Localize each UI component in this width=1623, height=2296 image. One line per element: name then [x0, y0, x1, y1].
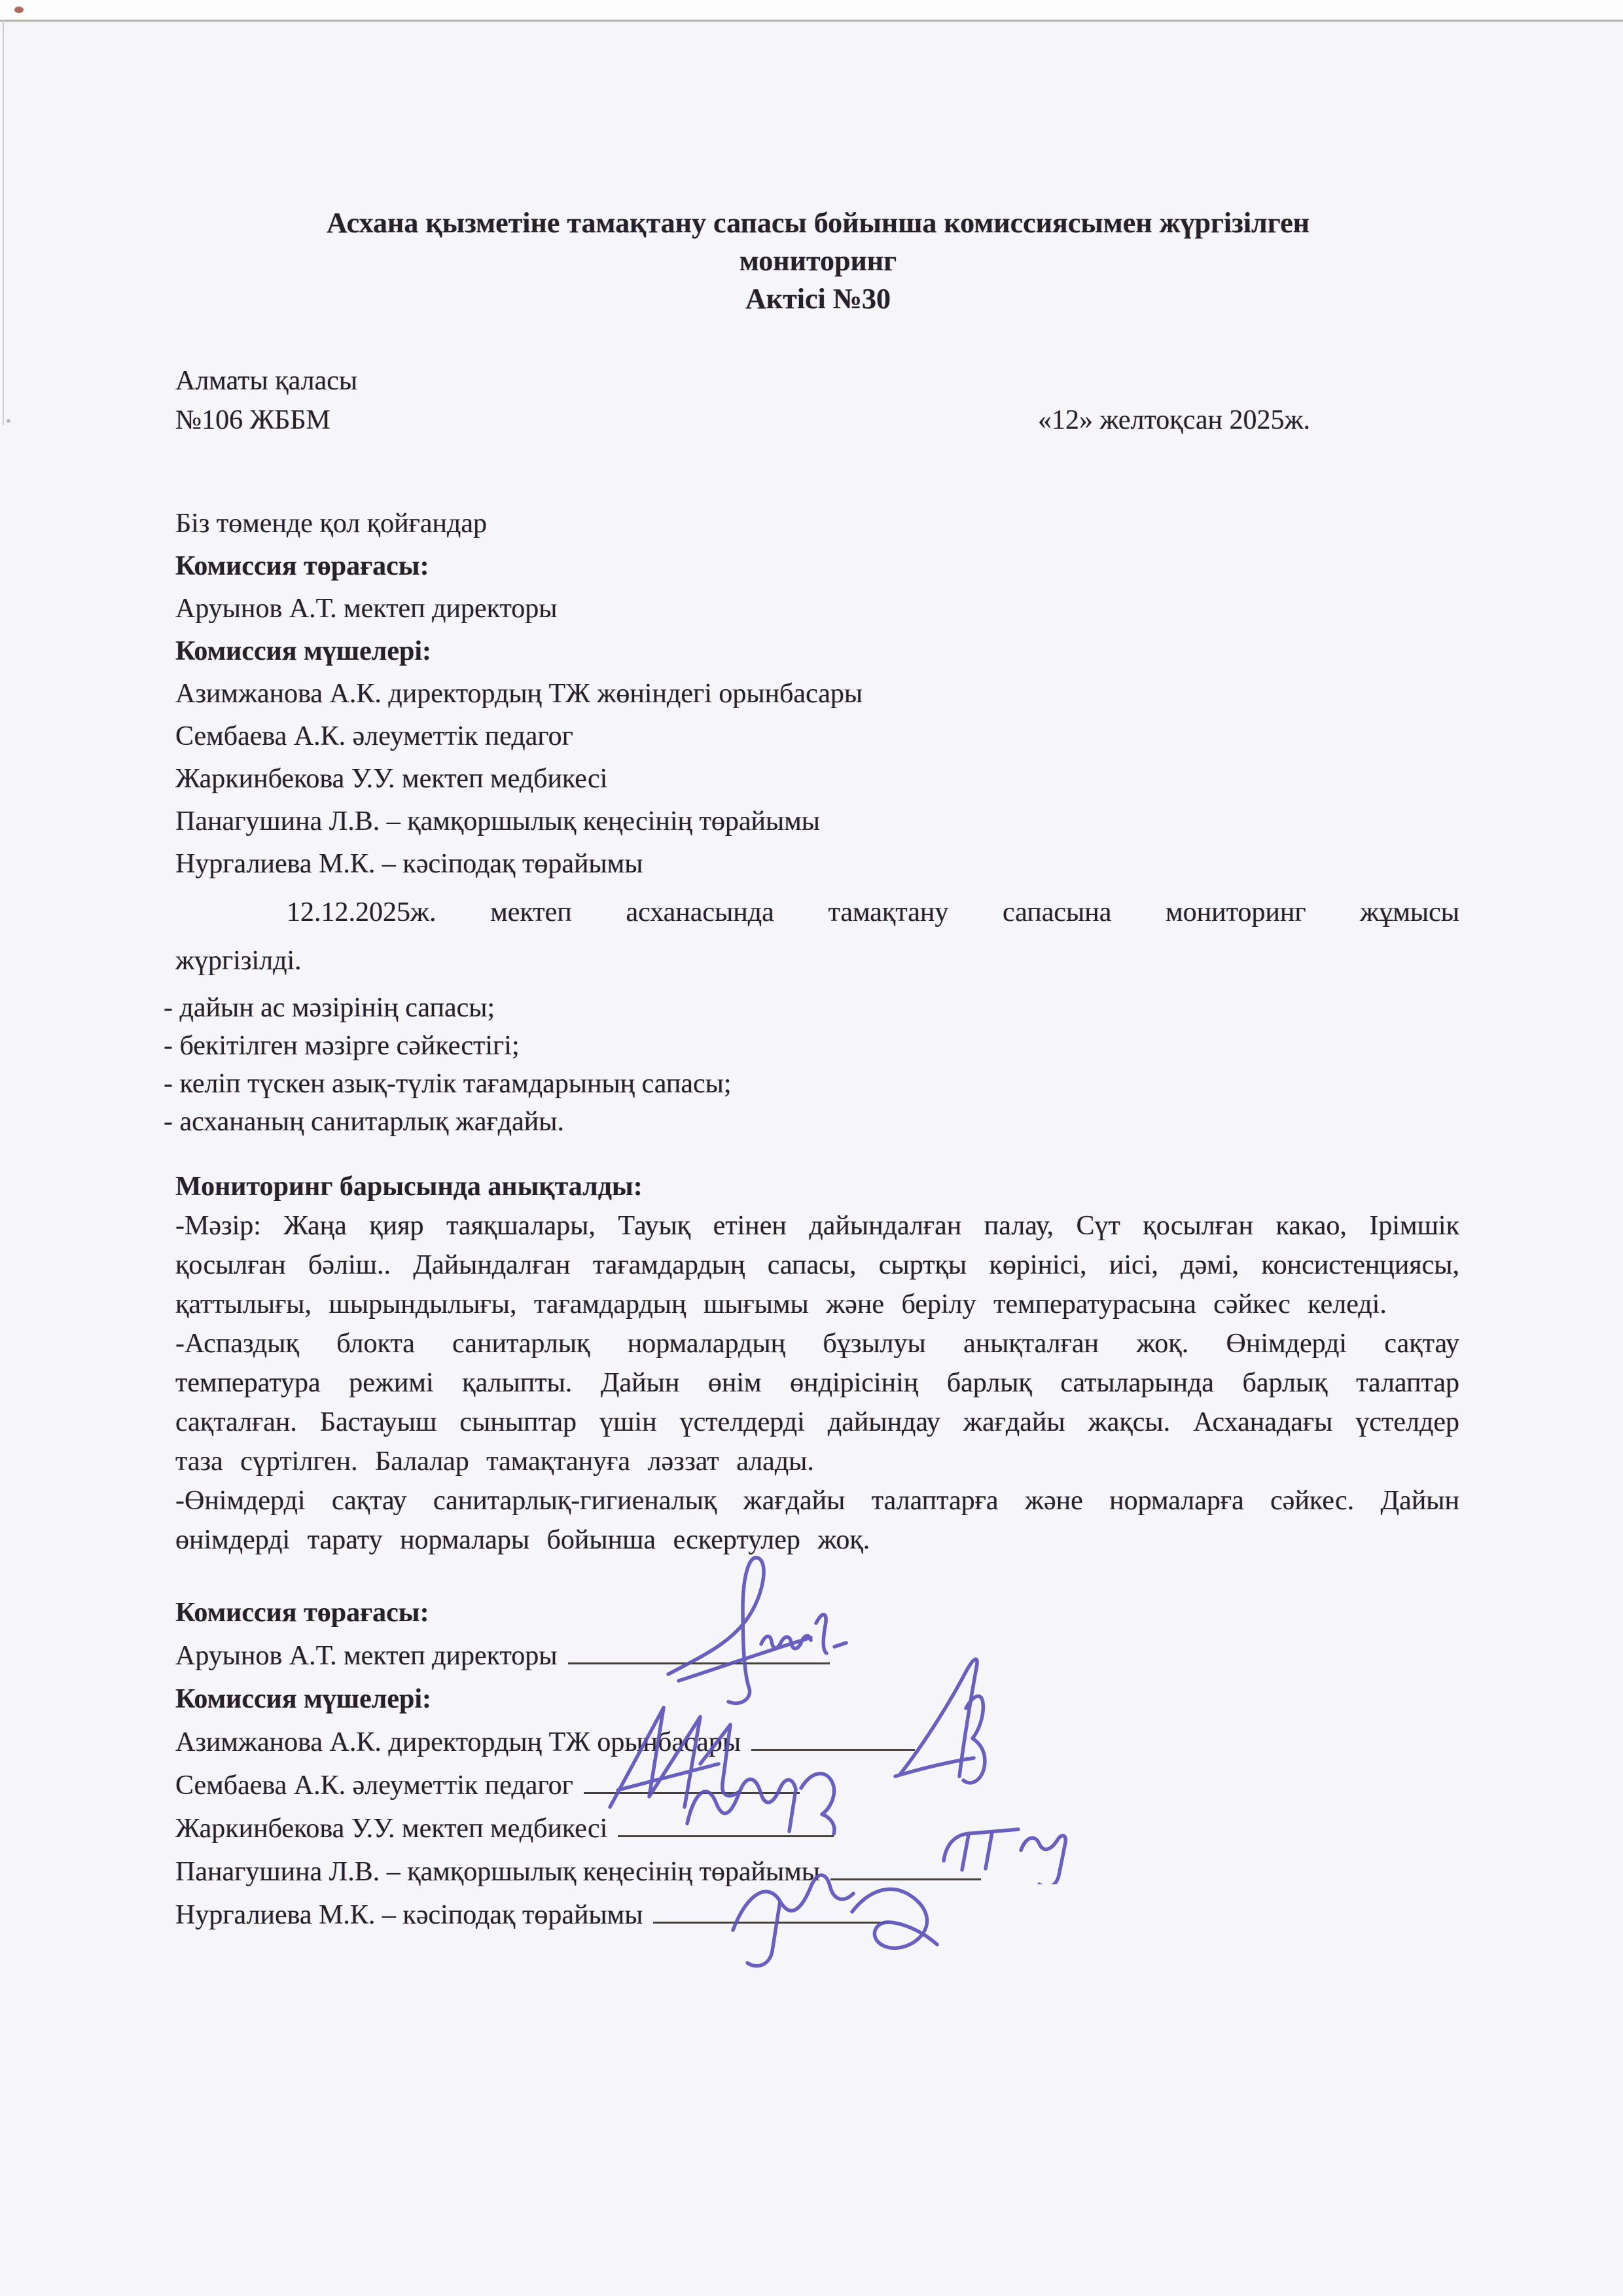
header-row: №106 ЖББМ «12» желтоқсан 2025ж. — [175, 401, 1466, 440]
checklist-item: - бекітілген мәзірге сәйкестігі; — [164, 1027, 1459, 1065]
checklist-item: - асхананың санитарлық жағдайы. — [164, 1103, 1459, 1141]
document-header: Алматы қаласы №106 ЖББМ «12» желтоқсан 2… — [175, 361, 1466, 440]
checklist: - дайын ас мәзірінің сапасы; - бекітілге… — [164, 989, 1459, 1141]
members-heading: Комиссия мүшелері: — [175, 630, 1466, 673]
title-line-3: Актісі №30 — [170, 280, 1466, 318]
chairman-heading: Комиссия төрағасы: — [175, 545, 1466, 588]
checklist-item: - дайын ас мәзірінің сапасы; — [164, 989, 1459, 1027]
header-school: №106 ЖББМ — [175, 401, 330, 440]
preamble: Біз төменде қол қойғандар — [175, 503, 1466, 545]
signature-row-chairman: Аруынов А.Т. мектеп директоры — [175, 1634, 1466, 1677]
findings-paragraph: -Өнімдерді сақтау санитарлық-гигиеналық … — [175, 1481, 1459, 1560]
header-city: Алматы қаласы — [175, 361, 1466, 401]
signature-label: Панагушина Л.В. – қамқоршылық кеңесінің … — [175, 1857, 820, 1887]
document-body: Асхана қызметіне тамақтану сапасы бойынш… — [0, 0, 1623, 1937]
intro-paragraph: 12.12.2025ж. мектеп асханасында тамақтан… — [175, 888, 1459, 985]
header-date: «12» желтоқсан 2025ж. — [1038, 401, 1310, 440]
signature-label: Жаркинбекова У.У. мектеп медбикесі — [175, 1814, 607, 1844]
signature-line — [618, 1829, 834, 1837]
signature-line — [830, 1872, 981, 1880]
signature-row-member: Панагушина Л.В. – қамқоршылық кеңесінің … — [175, 1850, 1466, 1893]
chairman-name: Аруынов А.Т. мектеп директоры — [175, 588, 1466, 630]
signature-row-member: Нургалиева М.К. – кәсіподақ төрайымы — [175, 1893, 1466, 1937]
signature-label: Нургалиева М.К. – кәсіподақ төрайымы — [175, 1900, 643, 1930]
scanned-document-page: Асхана қызметіне тамақтану сапасы бойынш… — [0, 0, 1623, 2296]
title-line-1: Асхана қызметіне тамақтану сапасы бойынш… — [170, 204, 1466, 242]
member-name: Нургалиева М.К. – кәсіподақ төрайымы — [175, 843, 1466, 886]
signature-line — [653, 1915, 889, 1924]
signature-label: Сембаева А.К. әлеуметтік педагог — [175, 1770, 573, 1801]
commission-roster: Біз төменде қол қойғандар Комиссия төрағ… — [175, 503, 1466, 886]
signature-chairman-heading: Комиссия төрағасы: — [175, 1591, 1466, 1634]
signature-row-member: Жаркинбекова У.У. мектеп медбикесі — [175, 1807, 1466, 1850]
findings-heading: Мониторинг барысында анықталды: — [175, 1167, 1459, 1206]
signature-line — [568, 1656, 830, 1664]
signature-label: Аруынов А.Т. мектеп директоры — [175, 1641, 558, 1671]
member-name: Панагушина Л.В. – қамқоршылық кеңесінің … — [175, 800, 1466, 843]
signature-members-heading: Комиссия мүшелері: — [175, 1677, 1466, 1721]
checklist-item: - келіп түскен азық-түлік тағамдарының с… — [164, 1065, 1459, 1103]
member-name: Сембаева А.К. әлеуметтік педагог — [175, 715, 1466, 758]
member-name: Азимжанова А.К. директордың ТЖ жөніндегі… — [175, 673, 1466, 715]
signature-line — [584, 1785, 800, 1794]
findings-paragraph: -Мәзір: Жаңа қияр таяқшалары, Тауық етін… — [175, 1206, 1459, 1324]
signature-row-member: Азимжанова А.К. директордың ТЖ орынбасар… — [175, 1721, 1466, 1764]
signature-label: Азимжанова А.К. директордың ТЖ орынбасар… — [175, 1727, 741, 1757]
signature-row-member: Сембаева А.К. әлеуметтік педагог — [175, 1764, 1466, 1807]
member-name: Жаркинбекова У.У. мектеп медбикесі — [175, 758, 1466, 800]
findings-section: Мониторинг барысында анықталды: -Мәзір: … — [175, 1167, 1459, 1560]
signature-line — [751, 1742, 915, 1751]
title-line-2: мониторинг — [170, 242, 1466, 280]
document-title: Асхана қызметіне тамақтану сапасы бойынш… — [170, 204, 1466, 318]
signature-section: Комиссия төрағасы: Аруынов А.Т. мектеп д… — [175, 1591, 1466, 1937]
findings-paragraph: -Аспаздық блокта санитарлық нормалардың … — [175, 1324, 1459, 1481]
